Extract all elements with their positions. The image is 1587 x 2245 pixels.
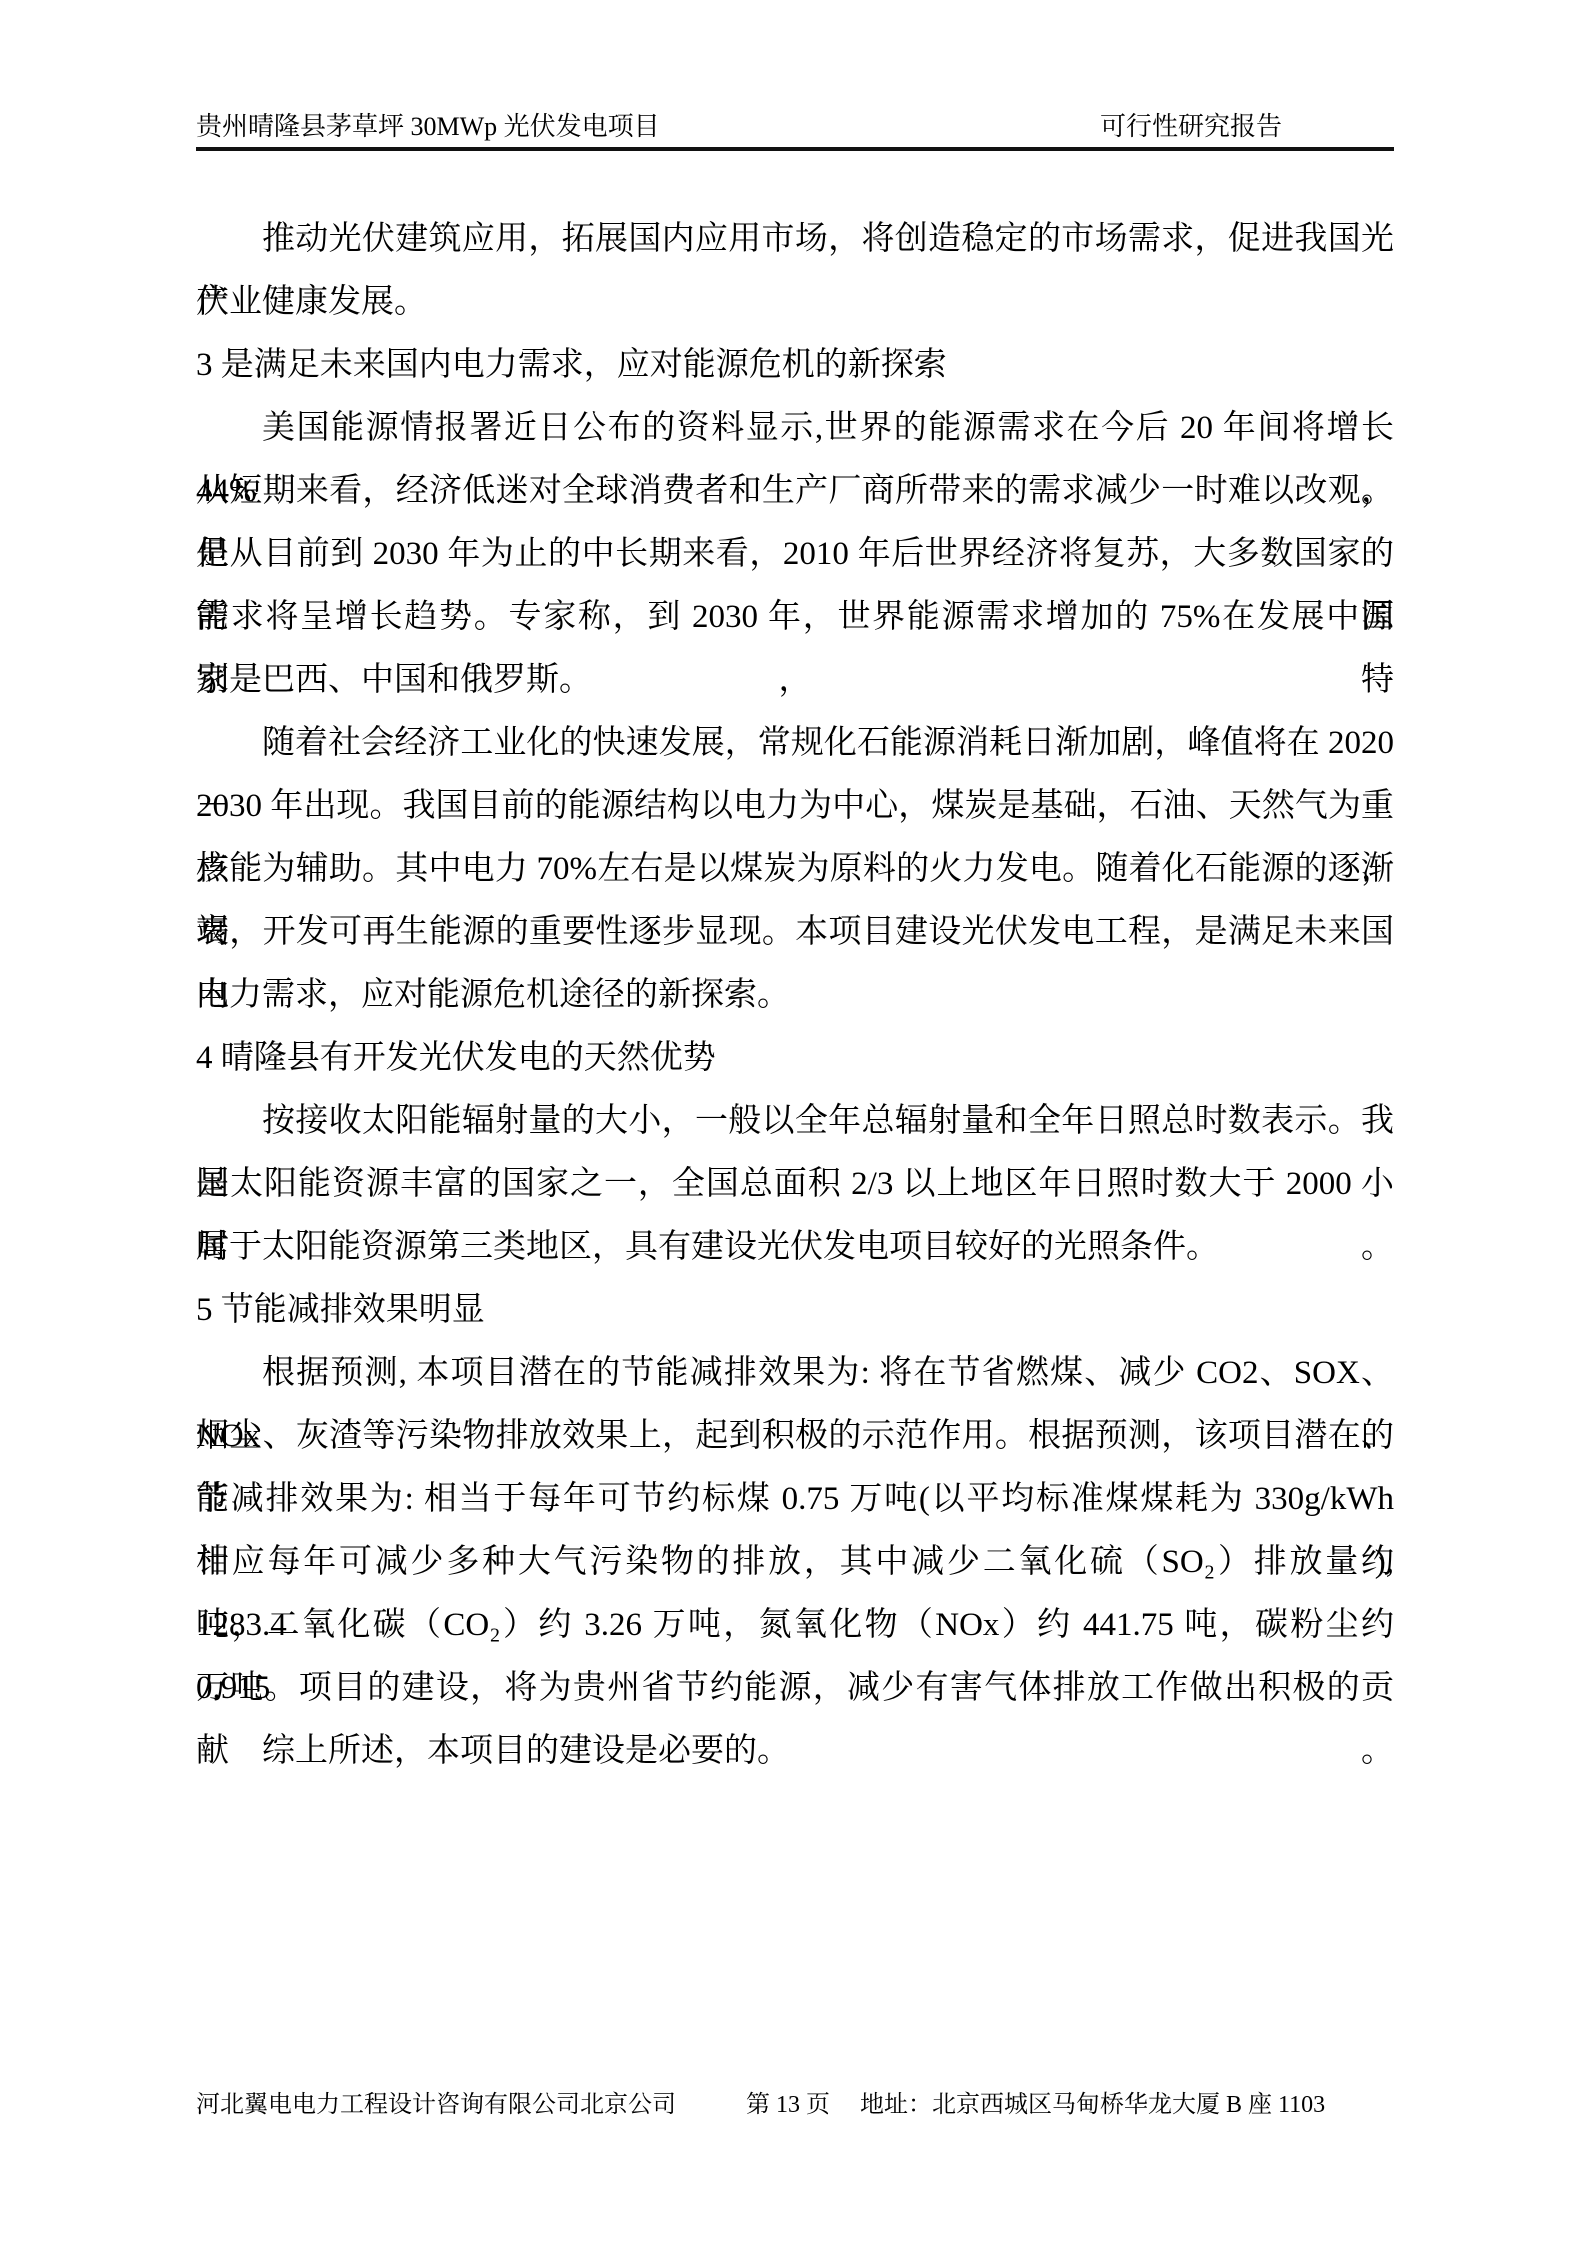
text-line: 3 是满足未来国内电力需求，应对能源危机的新探索 xyxy=(196,334,1394,397)
document-page: 贵州晴隆县茅草坪 30MWp 光伏发电项目 可行性研究报告 推动光伏建筑应用，拓… xyxy=(0,0,1587,2245)
footer-address: 地址：北京西城区马甸桥华龙大厦 B 座 1103 xyxy=(860,2088,1325,2122)
text-line: 是太阳能资源丰富的国家之一，全国总面积 2/3 以上地区年日照时数大于 2000… xyxy=(196,1153,1394,1216)
text-line: 美国能源情报署近日公布的资料显示,世界的能源需求在今后 20 年间将增长 44%… xyxy=(196,397,1394,460)
text-line: 是从目前到 2030 年为止的中长期来看，2010 年后世界经济将复苏，大多数国… xyxy=(196,523,1394,586)
footer-company-name: 河北翼电电力工程设计咨询有限公司北京公司 xyxy=(196,2088,676,2122)
page-footer: 河北翼电电力工程设计咨询有限公司北京公司 第 13 页 地址：北京西城区马甸桥华… xyxy=(196,2088,1394,2122)
header-report-type: 可行性研究报告 xyxy=(1100,110,1282,144)
text-line: 核能为辅助。其中电力 70%左右是以煤炭为原料的火力发电。随着化石能源的逐渐衰 xyxy=(196,838,1394,901)
text-line: 属于太阳能资源第三类地区，具有建设光伏发电项目较好的光照条件。 xyxy=(196,1216,1394,1279)
text-line: 产业健康发展。 xyxy=(196,271,1394,334)
page-header: 贵州晴隆县茅草坪 30MWp 光伏发电项目 可行性研究报告 xyxy=(196,110,1394,144)
text-line: 能减排效果为: 相当于每年可节约标煤 0.75 万吨(以平均标准煤煤耗为 330… xyxy=(196,1468,1394,1531)
footer-page-number: 第 13 页 xyxy=(746,2088,830,2122)
header-rule xyxy=(196,147,1394,151)
text-line: 竭，开发可再生能源的重要性逐步显现。本项目建设光伏发电工程，是满足未来国内 xyxy=(196,901,1394,964)
text-line: 烟尘、灰渣等污染物排放效果上，起到积极的示范作用。根据预测，该项目潜在的节 xyxy=(196,1405,1394,1468)
text-line: 吨，二氧化碳（CO₂）约 3.26 万吨，氮氧化物（NOx）约 441.75 吨… xyxy=(196,1594,1394,1657)
text-line: 相应每年可减少多种大气污染物的排放，其中减少二氧化硫（SO₂）排放量约 1283… xyxy=(196,1531,1394,1594)
text-line: 随着社会经济工业化的快速发展，常规化石能源消耗日渐加剧，峰值将在 2020－ xyxy=(196,712,1394,775)
text-line: 电力需求，应对能源危机途径的新探索。 xyxy=(196,964,1394,1027)
text-line: 2030 年出现。我国目前的能源结构以电力为中心，煤炭是基础，石油、天然气为重点… xyxy=(196,775,1394,838)
text-line: 按接收太阳能辐射量的大小，一般以全年总辐射量和全年日照总时数表示。我国 xyxy=(196,1090,1394,1153)
text-line: 根据预测, 本项目潜在的节能减排效果为: 将在节省燃煤、减少 CO2、SOX、N… xyxy=(196,1342,1394,1405)
text-line: 万吨。项目的建设，将为贵州省节约能源，减少有害气体排放工作做出积极的贡献。 xyxy=(196,1657,1394,1720)
text-line: 4 晴隆县有开发光伏发电的天然优势 xyxy=(196,1027,1394,1090)
text-line: 需求将呈增长趋势。专家称，到 2030 年，世界能源需求增加的 75%在发展中国… xyxy=(196,586,1394,649)
document-body: 推动光伏建筑应用，拓展国内应用市场，将创造稳定的市场需求，促进我国光伏产业健康发… xyxy=(196,208,1394,1783)
text-line: 推动光伏建筑应用，拓展国内应用市场，将创造稳定的市场需求，促进我国光伏 xyxy=(196,208,1394,271)
text-line: 从短期来看，经济低迷对全球消费者和生产厂商所带来的需求减少一时难以改观，但 xyxy=(196,460,1394,523)
header-project-title: 贵州晴隆县茅草坪 30MWp 光伏发电项目 xyxy=(196,110,660,144)
text-line: 5 节能减排效果明显 xyxy=(196,1279,1394,1342)
